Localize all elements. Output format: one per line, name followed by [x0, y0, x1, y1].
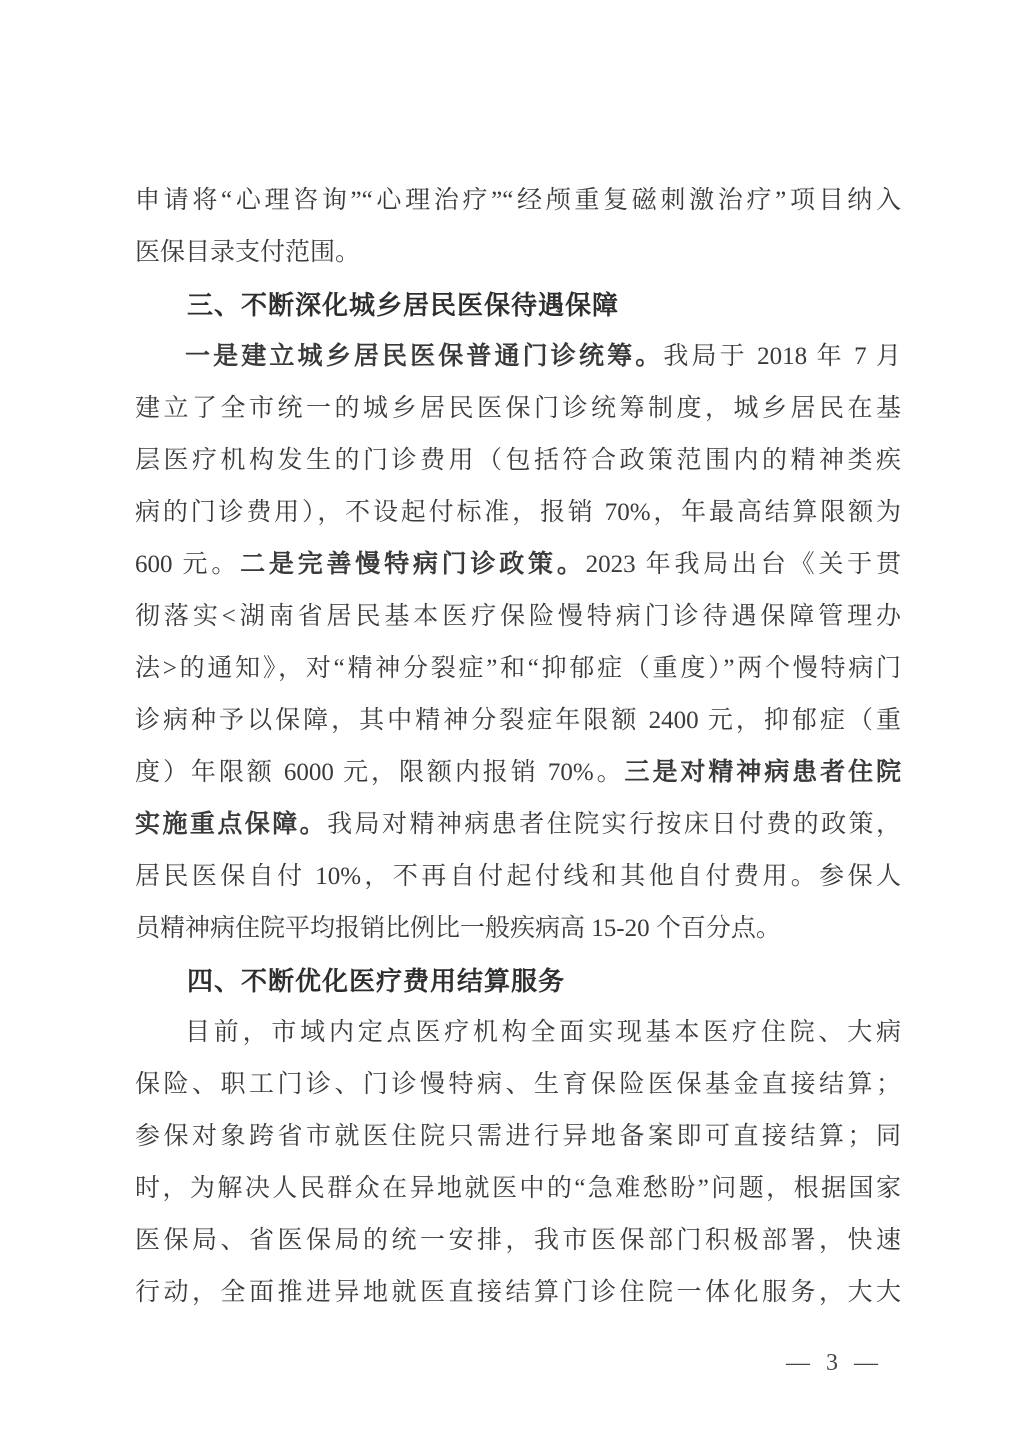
section-heading: 三、不断深化城乡居民医保待遇保障: [135, 279, 901, 331]
text-line: 病的门诊费用），不设起付标准，报销 70%，年最高结算限额为: [135, 487, 901, 539]
body-text: 行动，全面推进异地就医直接结算门诊住院一体化服务，大大: [135, 1279, 901, 1306]
text-line: 一是建立城乡居民医保普通门诊统筹。我局于 2018 年 7 月: [135, 331, 901, 383]
emphasis-text: 三是对精神病患者住院: [625, 759, 901, 786]
text-line: 层医疗机构发生的门诊费用（包括符合政策范围内的精神类疾: [135, 435, 901, 487]
body-text: 2023 年我局出台《关于贯: [586, 551, 901, 578]
text-line: 居民医保自付 10%，不再自付起付线和其他自付费用。参保人: [135, 851, 901, 903]
body-text: 申请将“心理咨询”“心理治疗”“经颅重复磁刺激治疗”项目纳入: [135, 187, 901, 214]
page-number: — 3 —: [786, 1350, 883, 1377]
text-line: 600 元。二是完善慢特病门诊政策。2023 年我局出台《关于贯: [135, 539, 901, 591]
body-text: 保险、职工门诊、门诊慢特病、生育保险医保基金直接结算；: [135, 1071, 901, 1098]
text-line: 员精神病住院平均报销比例比一般疾病高 15-20 个百分点。: [135, 903, 901, 955]
body-text: 员精神病住院平均报销比例比一般疾病高 15-20 个百分点。: [135, 915, 781, 942]
text-line: 时，为解决人民群众在异地就医中的“急难愁盼”问题，根据国家: [135, 1163, 901, 1215]
body-text: 法>的通知》，对“精神分裂症”和“抑郁症（重度）”两个慢特病门: [135, 655, 901, 682]
body-text: 层医疗机构发生的门诊费用（包括符合政策范围内的精神类疾: [135, 447, 901, 474]
section-heading: 四、不断优化医疗费用结算服务: [135, 955, 901, 1007]
text-line: 参保对象跨省市就医住院只需进行异地备案即可直接结算；同: [135, 1111, 901, 1163]
body-text: 我局于 2018 年 7 月: [663, 343, 901, 370]
text-line: 彻落实<湖南省居民基本医疗保险慢特病门诊待遇保障管理办: [135, 591, 901, 643]
text-line: 目前，市域内定点医疗机构全面实现基本医疗住院、大病: [135, 1007, 901, 1059]
text-line: 医保局、省医保局的统一安排，我市医保部门积极部署，快速: [135, 1215, 901, 1267]
text-line: 行动，全面推进异地就医直接结算门诊住院一体化服务，大大: [135, 1267, 901, 1319]
text-line: 诊病种予以保障，其中精神分裂症年限额 2400 元，抑郁症（重: [135, 695, 901, 747]
body-text: 病的门诊费用），不设起付标准，报销 70%，年最高结算限额为: [135, 499, 901, 526]
body-text: 我局对精神病患者住院实行按床日付费的政策，: [327, 811, 901, 838]
body-text: 诊病种予以保障，其中精神分裂症年限额 2400 元，抑郁症（重: [135, 707, 901, 734]
body-text: 建立了全市统一的城乡居民医保门诊统筹制度，城乡居民在基: [135, 395, 901, 422]
text-line: 医保目录支付范围。: [135, 227, 901, 279]
text-line: 法>的通知》，对“精神分裂症”和“抑郁症（重度）”两个慢特病门: [135, 643, 901, 695]
text-line: 实施重点保障。我局对精神病患者住院实行按床日付费的政策，: [135, 799, 901, 851]
emphasis-text: 实施重点保障。: [135, 811, 327, 838]
document-body: 申请将“心理咨询”“心理治疗”“经颅重复磁刺激治疗”项目纳入医保目录支付范围。三…: [135, 175, 901, 1319]
text-line: 度）年限额 6000 元，限额内报销 70%。三是对精神病患者住院: [135, 747, 901, 799]
body-text: 彻落实<湖南省居民基本医疗保险慢特病门诊待遇保障管理办: [135, 603, 901, 630]
text-line: 保险、职工门诊、门诊慢特病、生育保险医保基金直接结算；: [135, 1059, 901, 1111]
body-text: 目前，市域内定点医疗机构全面实现基本医疗住院、大病: [185, 1019, 901, 1046]
body-text: 居民医保自付 10%，不再自付起付线和其他自付费用。参保人: [135, 863, 901, 890]
body-text: 参保对象跨省市就医住院只需进行异地备案即可直接结算；同: [135, 1123, 901, 1150]
body-text: 医保目录支付范围。: [135, 239, 360, 266]
body-text: 600 元。: [135, 551, 240, 578]
emphasis-text: 一是建立城乡居民医保普通门诊统筹。: [185, 343, 663, 370]
body-text: 医保局、省医保局的统一安排，我市医保部门积极部署，快速: [135, 1227, 901, 1254]
body-text: 度）年限额 6000 元，限额内报销 70%。: [135, 759, 625, 786]
body-text: 时，为解决人民群众在异地就医中的“急难愁盼”问题，根据国家: [135, 1175, 901, 1202]
text-line: 申请将“心理咨询”“心理治疗”“经颅重复磁刺激治疗”项目纳入: [135, 175, 901, 227]
emphasis-text: 二是完善慢特病门诊政策。: [240, 551, 585, 578]
text-line: 建立了全市统一的城乡居民医保门诊统筹制度，城乡居民在基: [135, 383, 901, 435]
document-page: 申请将“心理咨询”“心理治疗”“经颅重复磁刺激治疗”项目纳入医保目录支付范围。三…: [0, 0, 1023, 1450]
